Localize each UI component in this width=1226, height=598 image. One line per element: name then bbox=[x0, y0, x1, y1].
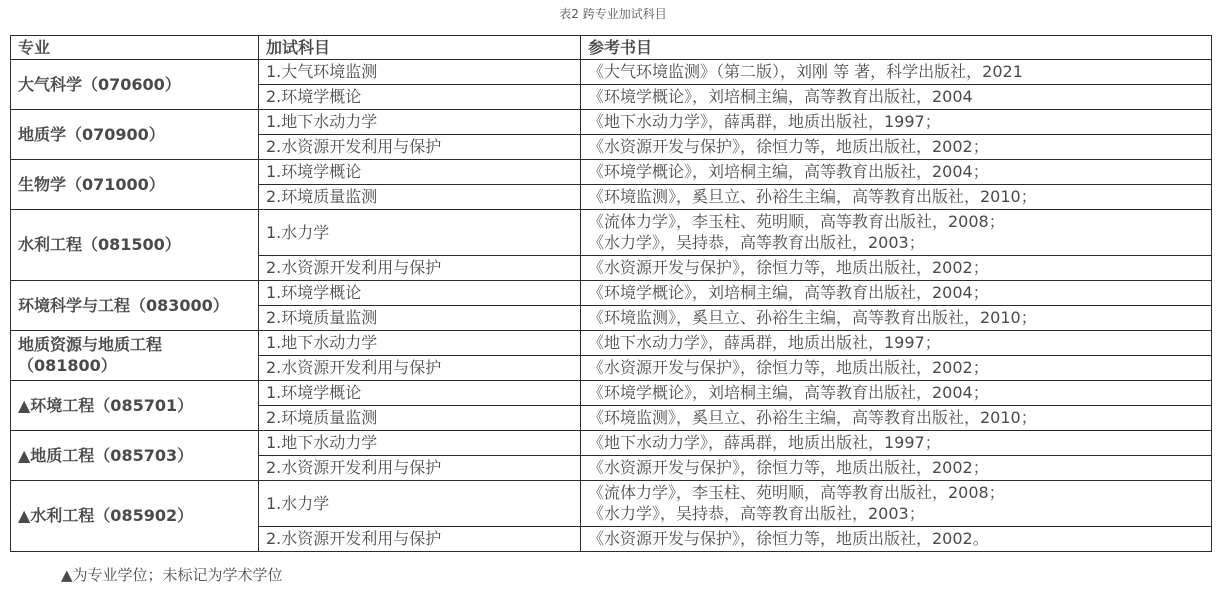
major-cell: ▲地质工程（085703） bbox=[11, 431, 259, 481]
subject-cell: 1.环境学概论 bbox=[259, 281, 581, 306]
ref-line: 《地下水动力学》，薛禹群，地质出版社，1997； bbox=[588, 432, 1204, 453]
refs-cell: 《环境学概论》，刘培桐主编，高等教育出版社，2004 bbox=[581, 85, 1212, 110]
subject-cell: 2.水资源开发利用与保护 bbox=[259, 135, 581, 160]
major-cell: 生物学（071000） bbox=[11, 160, 259, 210]
ref-line: 《流体力学》，李玉柱、苑明顺，高等教育出版社，2008； bbox=[588, 211, 1204, 232]
ref-line: 《水资源开发与保护》，徐恒力等，地质出版社，2002。 bbox=[588, 528, 1204, 549]
subject-cell: 1.地下水动力学 bbox=[259, 431, 581, 456]
major-cell: 环境科学与工程（083000） bbox=[11, 281, 259, 331]
header-row: 专业 加试科目 参考书目 bbox=[11, 36, 1212, 60]
col-header-major: 专业 bbox=[11, 36, 259, 60]
refs-cell: 《水资源开发与保护》，徐恒力等，地质出版社，2002； bbox=[581, 356, 1212, 381]
refs-cell: 《水资源开发与保护》，徐恒力等，地质出版社，2002； bbox=[581, 456, 1212, 481]
refs-cell: 《环境监测》，奚旦立、孙裕生主编，高等教育出版社，2010； bbox=[581, 185, 1212, 210]
major-cell: ▲环境工程（085701） bbox=[11, 381, 259, 431]
ref-line: 《水资源开发与保护》，徐恒力等，地质出版社，2002； bbox=[588, 457, 1204, 478]
refs-cell: 《地下水动力学》，薛禹群，地质出版社，1997； bbox=[581, 110, 1212, 135]
subject-cell: 2.环境质量监测 bbox=[259, 185, 581, 210]
ref-line: 《水资源开发与保护》，徐恒力等，地质出版社，2002； bbox=[588, 357, 1204, 378]
subject-cell: 1.环境学概论 bbox=[259, 381, 581, 406]
subject-cell: 1.水力学 bbox=[259, 481, 581, 527]
subject-cell: 2.环境学概论 bbox=[259, 85, 581, 110]
refs-cell: 《环境监测》，奚旦立、孙裕生主编，高等教育出版社，2010； bbox=[581, 406, 1212, 431]
ref-line: 《大气环境监测》（第二版），刘刚 等 著，科学出版社，2021 bbox=[588, 61, 1204, 82]
table-row: 环境科学与工程（083000）1.环境学概论《环境学概论》，刘培桐主编，高等教育… bbox=[11, 281, 1212, 306]
footnote: ▲为专业学位；未标记为学术学位 bbox=[61, 564, 1226, 585]
ref-line: 《水力学》，吴持恭，高等教育出版社，2003； bbox=[588, 503, 1204, 524]
table-row: 大气科学（070600）1.大气环境监测《大气环境监测》（第二版），刘刚 等 著… bbox=[11, 60, 1212, 85]
refs-cell: 《地下水动力学》，薛禹群，地质出版社，1997； bbox=[581, 431, 1212, 456]
major-cell: 地质资源与地质工程（081800） bbox=[11, 331, 259, 381]
ref-line: 《水资源开发与保护》，徐恒力等，地质出版社，2002； bbox=[588, 257, 1204, 278]
ref-line: 《环境学概论》，刘培桐主编，高等教育出版社，2004； bbox=[588, 161, 1204, 182]
refs-cell: 《流体力学》，李玉柱、苑明顺，高等教育出版社，2008；《水力学》，吴持恭，高等… bbox=[581, 210, 1212, 256]
subject-cell: 2.水资源开发利用与保护 bbox=[259, 356, 581, 381]
refs-cell: 《环境监测》，奚旦立、孙裕生主编，高等教育出版社，2010； bbox=[581, 306, 1212, 331]
subject-cell: 1.水力学 bbox=[259, 210, 581, 256]
table-row: 地质学（070900）1.地下水动力学《地下水动力学》，薛禹群，地质出版社，19… bbox=[11, 110, 1212, 135]
ref-line: 《环境监测》，奚旦立、孙裕生主编，高等教育出版社，2010； bbox=[588, 186, 1204, 207]
subject-cell: 2.环境质量监测 bbox=[259, 406, 581, 431]
refs-cell: 《地下水动力学》，薛禹群，地质出版社，1997； bbox=[581, 331, 1212, 356]
page: 表2 跨专业加试科目 专业 加试科目 参考书目 大气科学（070600）1.大气… bbox=[0, 0, 1226, 585]
ref-line: 《地下水动力学》，薛禹群，地质出版社，1997； bbox=[588, 111, 1204, 132]
table-row: ▲环境工程（085701）1.环境学概论《环境学概论》，刘培桐主编，高等教育出版… bbox=[11, 381, 1212, 406]
table-body: 大气科学（070600）1.大气环境监测《大气环境监测》（第二版），刘刚 等 著… bbox=[11, 60, 1212, 552]
subject-cell: 1.大气环境监测 bbox=[259, 60, 581, 85]
ref-line: 《水力学》，吴持恭，高等教育出版社，2003； bbox=[588, 232, 1204, 253]
major-cell: 大气科学（070600） bbox=[11, 60, 259, 110]
subject-cell: 1.环境学概论 bbox=[259, 160, 581, 185]
subject-cell: 1.地下水动力学 bbox=[259, 331, 581, 356]
table-header: 专业 加试科目 参考书目 bbox=[11, 36, 1212, 60]
ref-line: 《地下水动力学》，薛禹群，地质出版社，1997； bbox=[588, 332, 1204, 353]
refs-cell: 《水资源开发与保护》，徐恒力等，地质出版社，2002。 bbox=[581, 527, 1212, 552]
refs-cell: 《水资源开发与保护》，徐恒力等，地质出版社，2002； bbox=[581, 256, 1212, 281]
subject-cell: 1.地下水动力学 bbox=[259, 110, 581, 135]
refs-cell: 《水资源开发与保护》，徐恒力等，地质出版社，2002； bbox=[581, 135, 1212, 160]
refs-cell: 《大气环境监测》（第二版），刘刚 等 著，科学出版社，2021 bbox=[581, 60, 1212, 85]
subject-cell: 2.水资源开发利用与保护 bbox=[259, 256, 581, 281]
table-row: 生物学（071000）1.环境学概论《环境学概论》，刘培桐主编，高等教育出版社，… bbox=[11, 160, 1212, 185]
refs-cell: 《环境学概论》，刘培桐主编，高等教育出版社，2004； bbox=[581, 381, 1212, 406]
ref-line: 《环境学概论》，刘培桐主编，高等教育出版社，2004； bbox=[588, 282, 1204, 303]
major-cell: 水利工程（081500） bbox=[11, 210, 259, 281]
col-header-subjects: 加试科目 bbox=[259, 36, 581, 60]
table-row: 水利工程（081500）1.水力学《流体力学》，李玉柱、苑明顺，高等教育出版社，… bbox=[11, 210, 1212, 256]
subject-cell: 2.水资源开发利用与保护 bbox=[259, 527, 581, 552]
page-title: 表2 跨专业加试科目 bbox=[0, 0, 1226, 17]
ref-line: 《环境监测》，奚旦立、孙裕生主编，高等教育出版社，2010； bbox=[588, 407, 1204, 428]
col-header-references: 参考书目 bbox=[581, 36, 1212, 60]
table-row: ▲地质工程（085703）1.地下水动力学《地下水动力学》，薛禹群，地质出版社，… bbox=[11, 431, 1212, 456]
subject-cell: 2.水资源开发利用与保护 bbox=[259, 456, 581, 481]
table-row: 地质资源与地质工程（081800）1.地下水动力学《地下水动力学》，薛禹群，地质… bbox=[11, 331, 1212, 356]
table-row: ▲水利工程（085902）1.水力学《流体力学》，李玉柱、苑明顺，高等教育出版社… bbox=[11, 481, 1212, 527]
ref-line: 《环境监测》，奚旦立、孙裕生主编，高等教育出版社，2010； bbox=[588, 307, 1204, 328]
refs-cell: 《流体力学》，李玉柱、苑明顺，高等教育出版社，2008；《水力学》，吴持恭，高等… bbox=[581, 481, 1212, 527]
refs-cell: 《环境学概论》，刘培桐主编，高等教育出版社，2004； bbox=[581, 160, 1212, 185]
ref-line: 《水资源开发与保护》，徐恒力等，地质出版社，2002； bbox=[588, 136, 1204, 157]
ref-line: 《环境学概论》，刘培桐主编，高等教育出版社，2004 bbox=[588, 86, 1204, 107]
refs-cell: 《环境学概论》，刘培桐主编，高等教育出版社，2004； bbox=[581, 281, 1212, 306]
major-cell: ▲水利工程（085902） bbox=[11, 481, 259, 552]
exam-subjects-table: 专业 加试科目 参考书目 大气科学（070600）1.大气环境监测《大气环境监测… bbox=[10, 35, 1212, 552]
ref-line: 《流体力学》，李玉柱、苑明顺，高等教育出版社，2008； bbox=[588, 482, 1204, 503]
subject-cell: 2.环境质量监测 bbox=[259, 306, 581, 331]
major-cell: 地质学（070900） bbox=[11, 110, 259, 160]
ref-line: 《环境学概论》，刘培桐主编，高等教育出版社，2004； bbox=[588, 382, 1204, 403]
